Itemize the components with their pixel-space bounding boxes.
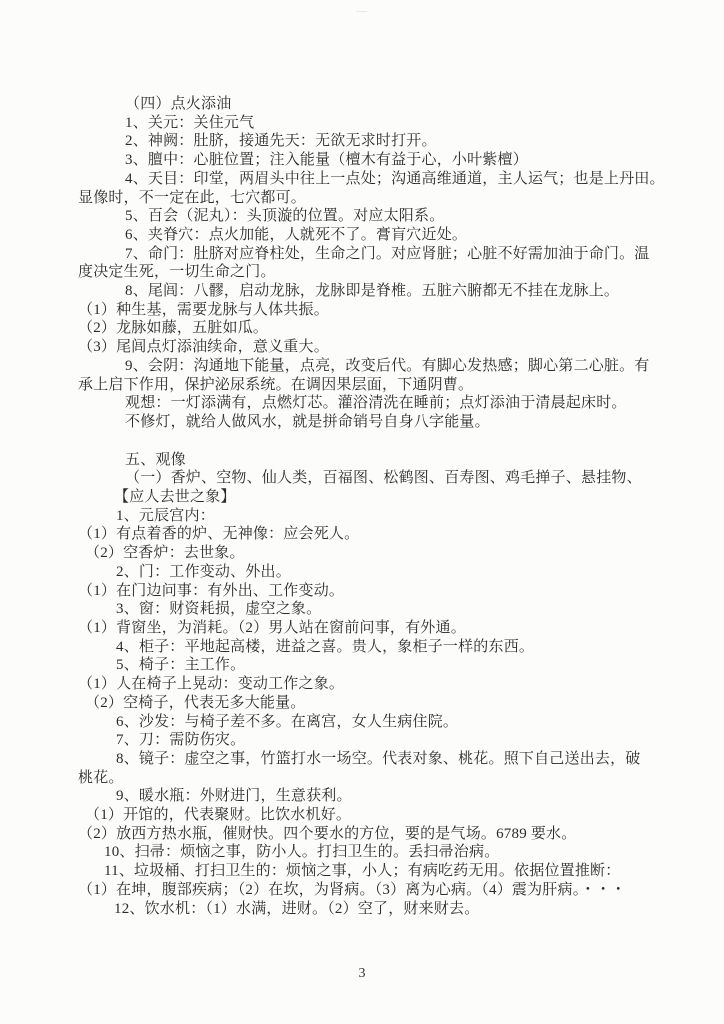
doc-line: （1）种生基，需要龙脉与人体共振。 <box>78 301 668 320</box>
doc-line: 8、镜子：虚空之事，竹篮打水一场空。代表对象、桃花。照下自己送出去，破 <box>116 750 668 769</box>
doc-line: （1）在门边问事：有外出、工作变动。 <box>78 582 668 601</box>
doc-line: （1）背窗坐，为消耗。（2）男人站在窗前问事，有外通。 <box>78 619 668 638</box>
doc-line: 3、膻中：心脏位置；注入能量（檀木有益于心，小叶紫檀） <box>125 151 668 170</box>
doc-line: （2）龙脉如藤，五脏如瓜。 <box>78 319 668 338</box>
doc-line: 1、元辰宫内： <box>116 507 668 526</box>
doc-line: 2、门：工作变动、外出。 <box>116 563 668 582</box>
doc-line: 6、夹脊穴：点火加能，人就死不了。膏肓穴近处。 <box>125 226 668 245</box>
doc-line: 2、神阙：肚脐，接通先天：无欲无求时打开。 <box>125 132 668 151</box>
page-number: 3 <box>0 966 724 982</box>
doc-line: 6、沙发：与椅子差不多。在离宫，女人生病住院。 <box>116 713 668 732</box>
doc-line: （1）在坤，腹部疾病；（2）在坎，为肾病。（3）离为心病。（4）震为肝病。・・・ <box>78 881 668 900</box>
doc-line: 3、窗：财资耗损，虚空之象。 <box>116 600 668 619</box>
doc-line: （3）尾闾点灯添油续命，意义重大。 <box>78 338 668 357</box>
doc-line: （2）空香炉：去世象。 <box>85 544 668 563</box>
doc-line: 1、关元：关住元气 <box>125 114 668 133</box>
heading-section-5: 五、观像 <box>125 451 668 470</box>
doc-line: （1）有点着香的炉、无神像：应会死人。 <box>78 525 668 544</box>
doc-line: 11、垃圾桶、打扫卫生的：烦恼之事，小人；有病吃药无用。依据位置推断： <box>104 862 668 881</box>
doc-line: 4、柜子：平地起高楼，进益之喜。贵人，象柜子一样的东西。 <box>116 638 668 657</box>
doc-line: 不修灯，就给人做风水，就是拼命销号自身八字能量。 <box>125 413 668 432</box>
doc-line: （2）放西方热水瓶，催财快。四个要水的方位，要的是气场。6789 要水。 <box>78 825 668 844</box>
doc-line: （一）香炉、空物、仙人类，百福图、松鹤图、百寿图、鸡毛掸子、悬挂物、 <box>125 469 668 488</box>
doc-line: 9、会阴：沟通地下能量，点亮，改变后代。有脚心发热感；脚心第二心脏。有 <box>125 357 668 376</box>
doc-line: 5、椅子：主工作。 <box>116 656 668 675</box>
doc-line: （1）人在椅子上晃动：变动工作之象。 <box>78 675 668 694</box>
doc-line: 7、刀：需防伤灾。 <box>116 731 668 750</box>
doc-line: 10、扫帚：烦恼之事，防小人。打扫卫生的。丢扫帚治病。 <box>104 843 668 862</box>
document-page: — （四）点火添油 1、关元：关住元气 2、神阙：肚脐，接通先天：无欲无求时打开… <box>0 0 724 1024</box>
doc-line: 7、命门：肚脐对应脊柱处，生命之门。对应肾脏；心脏不好需加油于命门。温 <box>125 245 668 264</box>
bracket-note: 【应人去世之象】 <box>114 488 668 507</box>
doc-line: （1）开馆的，代表聚财。比饮水机好。 <box>85 806 668 825</box>
scan-artifact-mark: — <box>0 5 724 17</box>
doc-line: 4、天目：印堂，两眉头中往上一点处；沟通高维通道，主人运气；也是上丹田。 <box>125 170 668 189</box>
doc-line-continuation: 承上启下作用，保护泌尿系统。在调因果层面，下通阴曹。 <box>78 376 668 395</box>
heading-section-4: （四）点火添油 <box>125 95 668 114</box>
document-body: （四）点火添油 1、关元：关住元气 2、神阙：肚脐，接通先天：无欲无求时打开。 … <box>78 95 668 918</box>
doc-line-continuation: 显像时，不一定在此，七穴都可。 <box>78 189 668 208</box>
doc-line-continuation: 桃花。 <box>78 769 668 788</box>
doc-line: 5、百会（泥丸）：头顶漩的位置。对应太阳系。 <box>125 207 668 226</box>
doc-line: 9、暖水瓶：外财进门，生意获利。 <box>116 787 668 806</box>
doc-line: 8、尾闾：八髎，启动龙脉，龙脉即是脊椎。五脏六腑都无不挂在龙脉上。 <box>125 282 668 301</box>
doc-line: 12、饮水机：（1）水满，进财。（2）空了，财来财去。 <box>114 900 668 919</box>
doc-line-continuation: 度决定生死，一切生命之门。 <box>78 263 668 282</box>
doc-line: （2）空椅子，代表无多大能量。 <box>85 694 668 713</box>
doc-line: 观想：一灯添满有，点燃灯芯。灌浴清洗在睡前；点灯添油于清晨起床时。 <box>125 394 668 413</box>
